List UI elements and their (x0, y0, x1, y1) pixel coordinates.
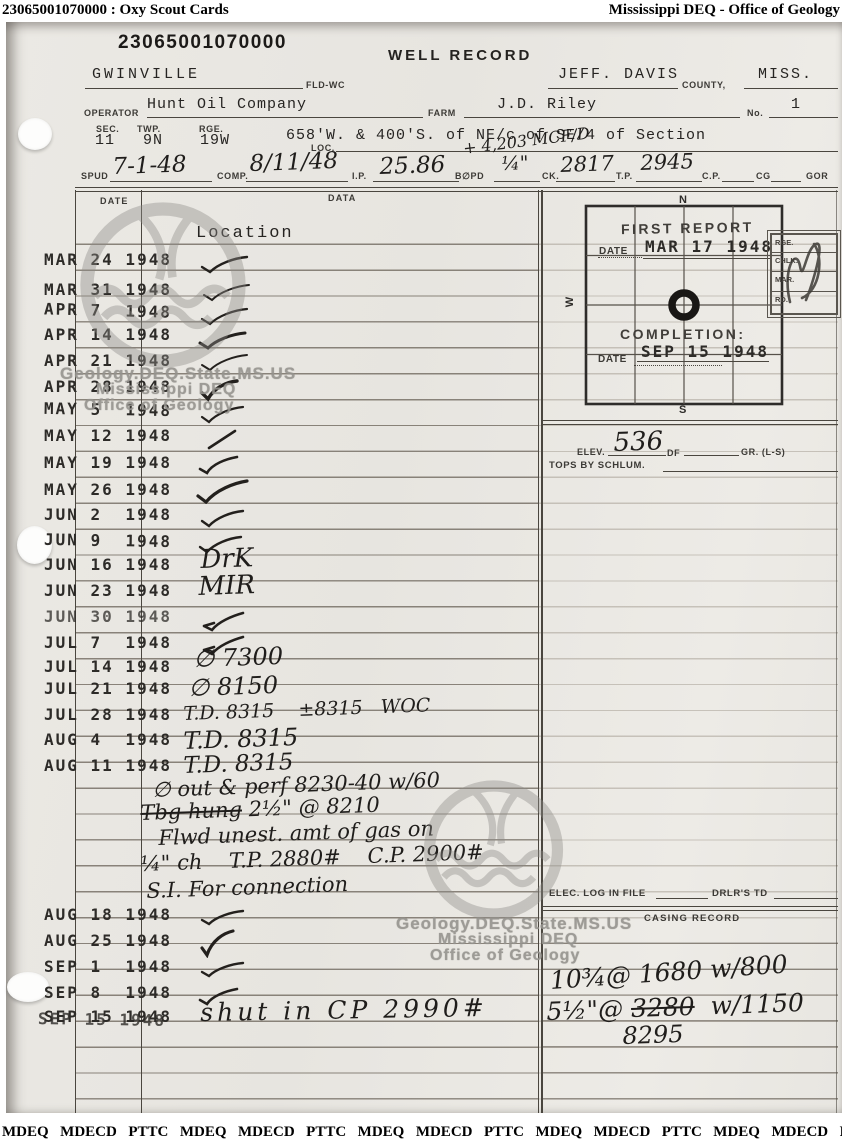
farm-name: J.D. Riley (497, 96, 597, 113)
date-stamp: APR 7 1948 (44, 299, 172, 321)
compass-north: N (679, 194, 687, 206)
rule (548, 88, 678, 89)
card-title: WELL RECORD (388, 47, 532, 64)
rule (663, 471, 838, 472)
rule (110, 181, 212, 182)
date-stamp: APR 28 1948 (44, 377, 172, 396)
handwritten-scribble (774, 236, 832, 310)
rule (542, 906, 838, 907)
gr-label: GR. (L-S) (741, 447, 785, 457)
first-report-date-label: DATE (599, 246, 628, 257)
operator-name: Hunt Oil Company (147, 96, 307, 113)
county-name: JEFF. DAVIS (558, 66, 679, 83)
tops-label: TOPS BY SCHLUM. (549, 460, 645, 471)
checkmark (198, 404, 246, 424)
rule (542, 424, 838, 425)
rule (636, 181, 702, 182)
date-stamp: AUG 4 1948 (44, 730, 172, 749)
rule (608, 455, 666, 456)
date-stamp: SEP 1 1948 (44, 957, 172, 976)
entry-text: 2½" @ 8210 (242, 793, 381, 822)
rule (373, 181, 459, 182)
comp-value: 8/11/48 (249, 148, 339, 177)
ip-label: I.P. (352, 171, 367, 181)
rule (643, 258, 771, 259)
ck-label: CK. (542, 171, 559, 181)
panel-divider (541, 190, 542, 1113)
state-name: MISS. (758, 66, 813, 83)
checkmark (198, 306, 250, 326)
cg-label: CG (756, 171, 771, 181)
title-bar: 23065001070000 : Oxy Scout Cards Mississ… (0, 0, 842, 22)
date-stamp: MAR 31 1948 (44, 280, 172, 299)
rule (684, 455, 739, 456)
footer-bar: MDEQ MDECD PTTC MDEQ MDECD PTTC MDEQ MDE… (0, 1121, 842, 1143)
well-no-label: No. (747, 108, 763, 118)
first-report-date: MAR 17 1948 (645, 237, 773, 256)
checkmark (196, 330, 248, 350)
checkmark (198, 254, 250, 274)
choke-value: ¼" (501, 152, 529, 175)
elev-label: ELEV. (577, 447, 605, 457)
handwritten-entry: shut in CP 2990# (200, 993, 488, 1027)
rge-value: 19W (200, 132, 230, 149)
date-stamp: SEP 8 1948 (44, 983, 172, 1002)
date-stamp: AUG 11 1948 (44, 756, 172, 775)
date-stamp: JUL 7 1948 (44, 633, 172, 652)
completion-date: SEP 15 1948 (641, 342, 769, 361)
date-stamp: APR 21 1948 (44, 351, 172, 370)
elev-value: 536 (613, 426, 664, 458)
casing-record-header: CASING RECORD (644, 913, 740, 924)
checkmark (198, 508, 246, 528)
spud-label: SPUD (81, 171, 108, 181)
bopd-label: B∅PD (455, 171, 484, 182)
rule (744, 88, 838, 89)
field-label: FLD-WC (306, 80, 345, 90)
right-border (836, 190, 837, 1113)
handwritten-entry: ∅ 8150 (188, 671, 279, 702)
checkmark (196, 454, 240, 476)
drlrs-td-label: DRLR'S TD (712, 888, 768, 899)
county-label: COUNTY, (682, 80, 726, 90)
tp-label: T.P. (616, 171, 633, 181)
rule (246, 181, 348, 182)
rule (75, 187, 838, 188)
checkmark (200, 610, 246, 632)
completion-stamp: COMPLETION: (620, 326, 746, 342)
date-stamp: JUN 30 1948 (44, 607, 172, 626)
rule (656, 898, 708, 899)
date-stamp: JUN 23 1948 (44, 581, 172, 600)
rule (85, 88, 303, 89)
punch-hole (18, 118, 52, 150)
spud-value: 7-1-48 (112, 151, 187, 180)
field-name: GWINVILLE (92, 66, 200, 83)
checkmark (200, 282, 252, 302)
ck-value: 2817 (560, 151, 614, 177)
data-column-header: DATA (328, 193, 356, 203)
completion-date-label: DATE (598, 354, 627, 365)
date-stamp: AUG 18 1948 (44, 905, 172, 924)
location-row: Location (196, 224, 294, 243)
rule (556, 181, 615, 182)
well-number-stamp: 23065001070000 (118, 32, 287, 54)
elec-log-label: ELEC. LOG IN FILE (549, 888, 646, 899)
first-report-stamp: FIRST REPORT (621, 219, 754, 237)
checkmark (194, 478, 250, 504)
date-stamp: MAY 5 1948 (44, 399, 172, 420)
checkmark (205, 428, 239, 452)
rule (774, 898, 838, 899)
rule (542, 910, 838, 911)
date-stamp: JUL 21 1948 (44, 679, 172, 698)
sec-value: 11 (95, 132, 115, 149)
df-label: DF (667, 448, 680, 458)
gor-label: GOR (806, 171, 828, 181)
date-stamp: JUL 28 1948 (44, 705, 172, 724)
date-column-header: DATE (100, 196, 129, 206)
scout-card-page: 23065001070000 : Oxy Scout Cards Mississ… (0, 0, 842, 1143)
tp-value: 2945 (640, 149, 694, 175)
rule (75, 191, 838, 192)
rule (464, 117, 740, 118)
panel-divider (538, 190, 539, 1113)
date-stamp: APR 14 1948 (44, 325, 172, 344)
checkmark (198, 960, 246, 978)
struck-text: Tbg hung (140, 797, 242, 825)
entry-text: w/1150 (694, 988, 804, 1021)
date-stamp: JUN 2 1948 (44, 505, 172, 524)
entry-text: 5½"@ (546, 994, 632, 1026)
handwritten-entry: ∅ 7300 (193, 642, 284, 673)
checkmark (198, 352, 250, 372)
twp-value: 9N (143, 132, 163, 149)
casing-entry: 8295 (622, 1020, 684, 1050)
title-right: Mississippi DEQ - Office of Geology (609, 2, 840, 19)
date-stamp: AUG 25 1948 (44, 931, 172, 950)
rule (542, 420, 838, 421)
rule (637, 361, 769, 362)
rule (722, 181, 754, 182)
date-stamp: JUN 9 1948 (44, 530, 172, 551)
comp-label: COMP. (217, 171, 248, 181)
date-stamp: MAR 24 1948 (44, 250, 172, 269)
date-stamp: MAY 26 1948 (44, 480, 172, 499)
struck-text: 3280 (631, 992, 696, 1023)
date-stamp-double: SEP 15 1948 (38, 1009, 166, 1030)
date-stamp: JUL 14 1948 (44, 657, 172, 676)
handwritten-entry: MIR (198, 570, 255, 602)
well-no-value: 1 (791, 96, 801, 113)
date-stamp: MAY 19 1948 (44, 453, 172, 472)
rule (769, 117, 838, 118)
title-left: 23065001070000 : Oxy Scout Cards (2, 2, 229, 19)
dotted-rule (634, 365, 722, 366)
footer-text: MDEQ MDECD PTTC MDEQ MDECD PTTC MDEQ MDE… (2, 1124, 842, 1141)
punch-hole (7, 972, 49, 1002)
compass-west: W (564, 297, 576, 307)
date-stamp: JUN 16 1948 (44, 555, 172, 574)
operator-label: OPERATOR (84, 108, 139, 118)
date-stamp: MAY 12 1948 (44, 426, 172, 445)
rule (494, 181, 540, 182)
cp-label: C.P. (702, 171, 721, 181)
rule (771, 181, 801, 182)
checkmark (196, 378, 240, 402)
checkmark (198, 908, 246, 926)
dotted-rule (598, 257, 642, 258)
checkmark (196, 928, 236, 958)
compass-south: S (679, 404, 686, 416)
ip-value: 25.86 (379, 152, 446, 180)
farm-label: FARM (428, 108, 456, 118)
rule (147, 117, 423, 118)
